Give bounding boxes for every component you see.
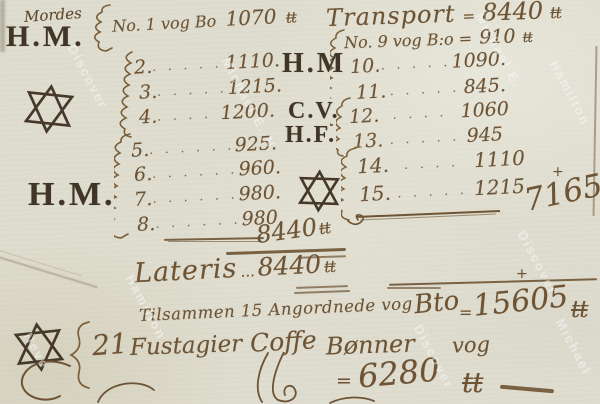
dot-leader: . . . . . . [152,187,239,206]
row-number: 8. [137,213,156,236]
dot-leader: . . . . . . [155,212,242,231]
row-weight: 845. [463,74,506,98]
flourish-icon [328,395,376,404]
pound-sign: tt [522,30,532,46]
row-weight: 1110 [473,146,525,173]
dot-leader: . . . . . [386,80,464,98]
equals-sign: = [336,370,352,392]
row-number: 2. [134,56,153,79]
ledger-row: 4. . . . . . 1200. [139,99,276,128]
row-number: 6. [134,163,153,186]
row-weight: 960. [238,156,281,180]
lateris-underline [296,285,348,288]
equals-sign: = [459,303,472,322]
fustagier-weight: 6280 [356,351,440,396]
row-weight: 925. [234,132,277,156]
dot-leader: . . . . . . [152,56,226,74]
dot-leader: . . . . [379,104,461,122]
ledger-row: 15. . . . . . 1215 [358,174,525,207]
dot-leader: . . . . . [380,55,452,73]
dot-leader: . . . . . . [149,138,235,156]
dot-leader: . . . . . . . [152,162,239,181]
dot-leader: . . . . . [157,106,221,123]
row-number: 11. [356,80,387,104]
row-weight: 910 [479,25,516,48]
row-weight: 1090. [451,48,506,73]
row-weight: 1060 [460,98,509,123]
brutto-mark: Bto [413,286,461,321]
row-number: 4. [139,106,158,129]
row-label: No. 1 vog Bo [112,11,217,35]
sum-rule-flourish-icon [346,204,502,226]
lateris-underline [294,290,350,294]
dot-leader: . . . . [389,154,475,172]
ledger-row: 10. . . . . . 1090. [350,48,507,78]
row-weight: 1070 [225,4,277,31]
scan-edge-smudge [0,0,5,52]
tilsammen-text: Tilsammen 15 Angordnede vog [139,294,413,325]
pound-sign: tt [571,297,588,323]
row-number: 3. [139,81,158,104]
watermark-text: Hamilton [547,58,594,128]
pound-sign: tt [285,8,296,27]
grand-total-value: 15605 [471,279,570,324]
row-number: 14. [356,153,389,179]
watermark-text: Michael [553,316,595,378]
fustagier-word: Fustagier [130,331,243,361]
monogram-hm-right: H.M [282,48,346,80]
row-weight: 1215 [473,174,525,201]
flourish-icon [16,358,74,404]
transport-value: 8440 [482,0,544,27]
row-weight: 1200. [220,99,275,124]
monogram-hm-mid: H.M. [28,176,116,214]
row-label: No. 9 vog B:o = [344,29,473,52]
row-weight: 980. [238,181,281,205]
dot-leader: . . . . . . [157,81,228,99]
ledger-row: 2. . . . . . . 1110. [134,49,281,79]
plus-mark: + [516,266,528,282]
pound-sign: tt [550,3,562,22]
row-weight: 1110. [225,49,280,74]
monogram-hf: H.F. [285,122,336,149]
row-weight: 945 [466,123,503,147]
dot-leader: ... [240,262,255,281]
flourish-icon [240,352,312,404]
lateris-value: 8440 [257,249,322,281]
manuscript-page: Mordes H.M. H.M. No. 1 vog Bo 1070 tt 2.… [0,0,600,404]
trailing-dash [500,385,554,394]
pound-sign: tt [324,257,336,277]
lateris-line: Lateris ... 8440 tt [133,248,335,289]
ledger-row: 7. . . . . . . 980. [134,181,282,211]
star-of-david-icon [295,167,343,215]
dot-leader: . . . . . [391,182,475,200]
paper-crease [0,254,98,289]
pound-sign: tt [462,366,483,399]
equals-sign: = [462,7,475,25]
row-number: 15. [358,181,391,207]
row-number: 10. [350,55,381,79]
dot-leader: . . . . . [383,129,467,147]
row-number: 12. [349,105,380,129]
flourish-icon [96,378,156,404]
row-weight: 1215. [227,74,282,99]
ledger-row-1: No. 1 vog Bo 1070 tt [111,3,296,37]
vog-word: vog [452,332,491,357]
lateris-label: Lateris [133,253,238,289]
fustagier-count: 21 [91,327,129,362]
star-of-david-icon [19,79,78,138]
monogram-cv: C.V. [288,98,340,125]
sum-rule [168,241,260,242]
row-number: 7. [134,188,153,211]
monogram-hm-top: H.M. [6,20,85,54]
row-number: 5. [131,139,150,162]
pound-sign: tt [318,218,331,238]
